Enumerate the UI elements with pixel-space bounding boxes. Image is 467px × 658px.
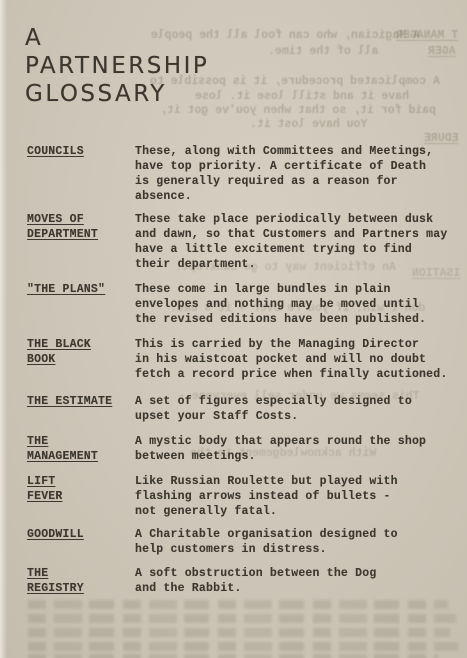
glossary-definition: A Charitable organisation designed to he…	[135, 527, 460, 557]
glossary-definition: A set of figures especially designed to …	[135, 394, 460, 424]
glossary-term: MOVES OF DEPARTMENT	[27, 212, 131, 242]
bleedthrough-line: have it and still lose it. lose	[195, 89, 409, 104]
glossary-definition: Like Russian Roulette but played with fl…	[135, 474, 460, 519]
bleedthrough-smudge	[28, 600, 448, 609]
glossary-term: THE BLACK BOOK	[27, 337, 131, 367]
glossary-term: GOODWILL	[27, 527, 131, 542]
bleedthrough-term: AGER	[428, 44, 456, 59]
glossary-definition: This is carried by the Managing Director…	[135, 337, 460, 382]
bleedthrough-smudge	[28, 628, 450, 637]
glossary-definition: These come in large bundles in plain env…	[135, 282, 460, 327]
glossary-definition: A mystic body that appears round the sho…	[135, 434, 460, 464]
bleedthrough-term: T MANAGER	[396, 28, 458, 43]
scanned-glossary-page: A Magician, who can fool all the people …	[0, 0, 467, 658]
glossary-term: THE ESTIMATE	[27, 394, 131, 409]
glossary-definition: A soft obstruction between the Dog and t…	[135, 566, 460, 596]
bleedthrough-smudge	[28, 642, 458, 651]
glossary-term: THE MANAGEMENT	[27, 434, 131, 464]
glossary-term: "THE PLANS"	[27, 282, 131, 297]
scan-edge-highlight	[0, 0, 7, 658]
glossary-term: COUNCILS	[27, 144, 131, 159]
bleedthrough-smudge	[28, 614, 456, 623]
bleedthrough-line: You have lost it.	[250, 117, 367, 132]
page-title: A PARTNERSHIP GLOSSARY	[25, 24, 209, 108]
glossary-definition: These, along with Committees and Meeting…	[135, 144, 460, 204]
glossary-definition: These take place periodically between du…	[135, 212, 460, 272]
bleedthrough-smudge	[28, 654, 438, 658]
bleedthrough-line: all of the time.	[268, 44, 378, 59]
glossary-term: THE REGISTRY	[27, 566, 131, 596]
glossary-term: LIFT FEVER	[27, 474, 131, 504]
